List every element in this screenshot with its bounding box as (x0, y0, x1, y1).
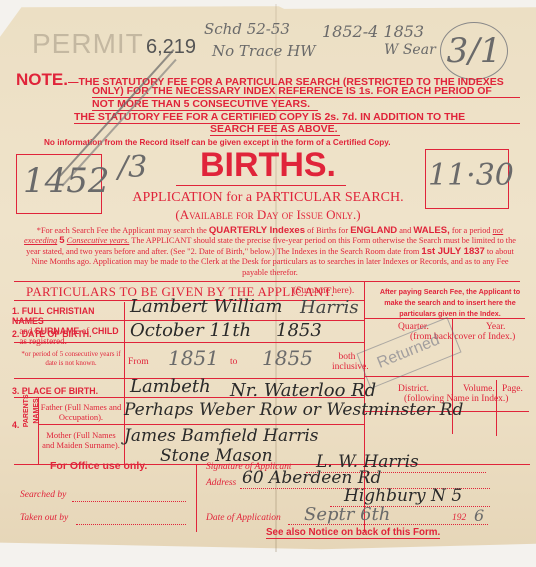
father-label: Father (Full Names and Occupation). (40, 402, 122, 422)
section-rule (14, 281, 520, 282)
mother-label: Mother (Full Names and Maiden Surname). (40, 430, 122, 450)
both-inclusive-label: both inclusive. (332, 352, 362, 372)
from-value: 1851 (168, 346, 219, 370)
pencil-initials: W Sear (384, 42, 436, 58)
field-1-value: Lambert William (130, 296, 283, 317)
note-line-5: SEARCH FEE AS ABOVE. (210, 123, 340, 136)
year-suffix: 6 (474, 506, 484, 525)
office-use-heading: For Office use only. (50, 460, 147, 472)
to-value: 1855 (262, 346, 313, 370)
field-2-value-year: 1853 (276, 320, 322, 341)
index-volume-label: Volume. (463, 384, 495, 394)
form-title: BIRTHS. (200, 146, 336, 185)
fee-box-right: 11·30 (425, 149, 509, 209)
date-label: Date of Application (206, 513, 281, 523)
taken-out-by-line (76, 524, 186, 525)
footer-notice: See also Notice on back of this Form. (266, 527, 440, 539)
index-district-label: District. (398, 384, 429, 394)
father-value: Perhaps Weber Row or Westminster Rd (124, 400, 463, 420)
instructions-paragraph: *For each Search Fee the Applicant may s… (20, 226, 520, 278)
note-lead: NOTE. (16, 70, 68, 89)
period-note: *or period of 5 consecutive years if dat… (20, 350, 122, 368)
index-heading: After paying Search Fee, the Applicant t… (370, 286, 530, 319)
field-2-label: 2. DATE OF BIRTH. (12, 329, 92, 339)
pencil-years: 1852-4 1853 (322, 22, 424, 41)
index-col-divider-2 (496, 380, 497, 436)
form-availability: (Available for Day of Issue Only.) (120, 207, 416, 223)
parents-divider (38, 398, 39, 464)
parents-names-label: PARENTS' NAMES. (22, 380, 42, 440)
surname-hint: (Surname here). (293, 286, 354, 296)
address-value-1: 60 Aberdeen Rd (242, 468, 381, 488)
from-label: From (128, 357, 149, 367)
pencil-sched: Schd 52-53 (204, 20, 290, 38)
field-1-label: 1. FULL CHRISTIAN NAMES and SURNAME of C… (12, 306, 124, 346)
field-2-value-month: October 11th (130, 320, 251, 341)
pencil-no-trace: No Trace HW (212, 42, 316, 60)
address-label: Address (206, 478, 236, 488)
field-3-value: Lambeth (130, 376, 211, 397)
row-rule-2 (14, 342, 364, 343)
permit-stamp: PERMIT (32, 28, 144, 60)
field-1-surname: Harris (300, 297, 359, 318)
searched-by-label: Searched by (20, 490, 66, 500)
row-rule-5 (38, 424, 364, 425)
row-rule-4 (14, 397, 364, 398)
searched-by-line (72, 501, 186, 502)
address-value-2: Highbury N 5 (344, 486, 462, 506)
stamp-number: 6,219 (146, 36, 196, 59)
index-year-label: Year. (486, 322, 505, 332)
office-divider (196, 464, 197, 532)
to-label: to (230, 357, 237, 367)
date-value: Septr 6th (304, 504, 390, 525)
index-page-label: Page. (502, 384, 523, 394)
form-subtitle: APPLICATION for a PARTICULAR SEARCH. (120, 190, 416, 206)
field-4-num: 4. (12, 420, 19, 430)
note-line-2: ONLY) FOR THE NECESSARY INDEX REFERENCE … (92, 85, 520, 98)
fee-box-left: 1452 (16, 154, 102, 214)
title-rule (176, 185, 346, 186)
mother-value: James Bamfield Harris (124, 426, 319, 446)
taken-out-by-label: Taken out by (20, 513, 68, 523)
year-prefix: 192 (452, 513, 466, 523)
fee-box-right-value: 11·30 (428, 158, 514, 193)
fee-box-left-suffix: /3 (118, 150, 147, 185)
